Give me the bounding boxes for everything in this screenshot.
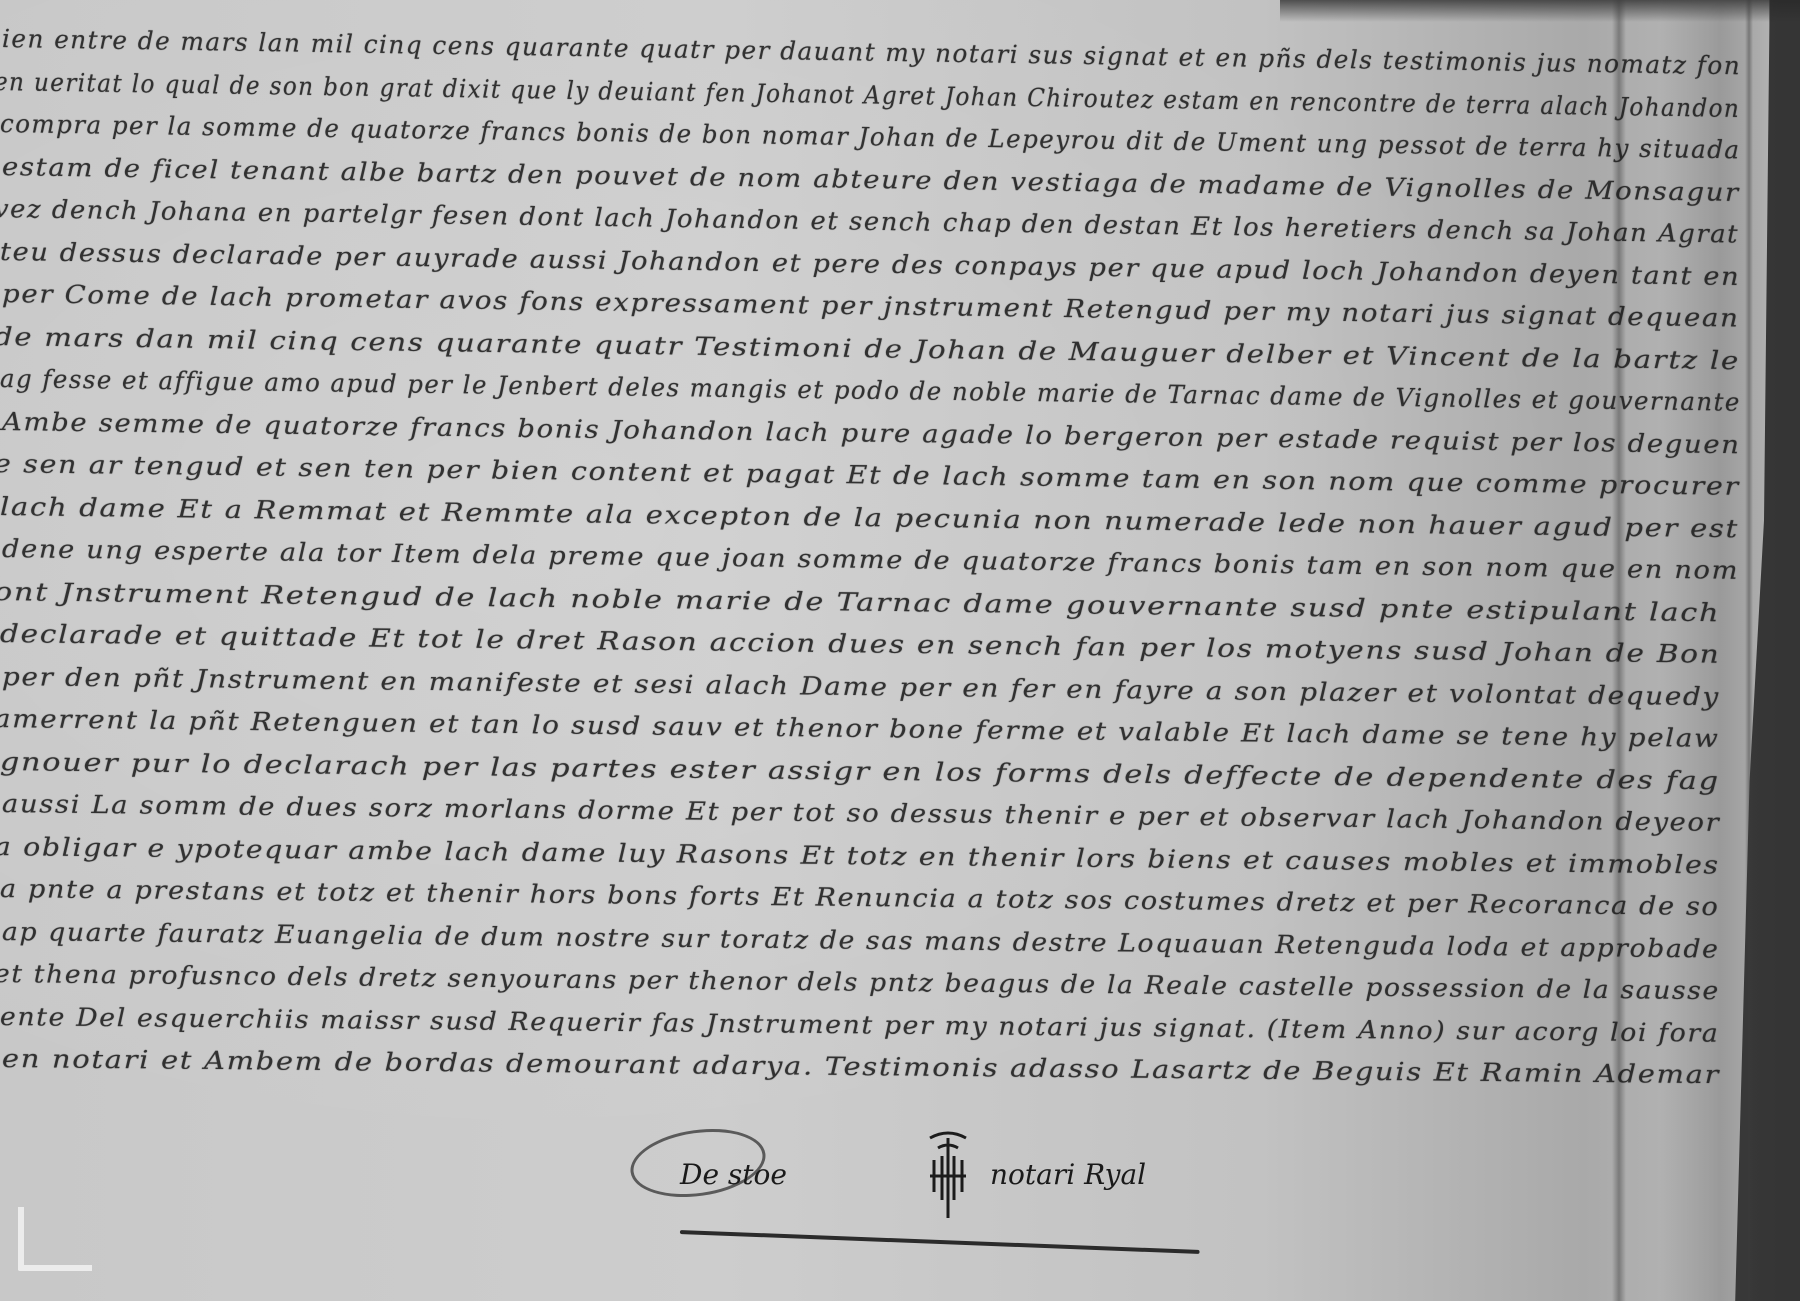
signature-right-text: notari Ryal <box>990 1158 1146 1191</box>
manuscript-line: e sen ar tengud et sen ten per bien cont… <box>0 449 1740 501</box>
manuscript-line: per den pñt Jnstrument en manifeste et s… <box>2 662 1720 711</box>
manuscript-line: a pnte a prestans et totz et thenir hors… <box>0 874 1720 921</box>
signature-left-text: De stoe <box>680 1158 787 1191</box>
manuscript-text: ien entre de mars lan mil cinq cens quar… <box>0 0 1800 1301</box>
manuscript-line: ag fesse et affigue amo apud per le Jenb… <box>0 364 1741 417</box>
manuscript-line: Ambe semme de quatorze francs bonis Joha… <box>2 407 1741 459</box>
manuscript-line: gnouer pur lo declarach per las partes e… <box>0 747 1720 795</box>
manuscript-line: a obligar e ypotequar ambe lach dame luy… <box>0 832 1720 880</box>
manuscript-line: ap quarte fauratz Euangelia de dum nostr… <box>2 917 1720 964</box>
manuscript-line: aussi La somm de dues sorz morlans dorme… <box>2 789 1721 837</box>
notary-signature: De stoe notari Ryal <box>620 1110 1180 1260</box>
manuscript-line: ente Del esquerchiis maissr susd Requeri… <box>0 1002 1720 1048</box>
manuscript-line: dene ung esperte ala tor Item dela preme… <box>2 534 1740 585</box>
manuscript-line: lach dame Et a Remmat et Remmte ala exce… <box>0 492 1739 543</box>
notarial-sign-mark-icon <box>920 1130 976 1220</box>
manuscript-line: amerrent la pñt Retenguen et tan lo susd… <box>0 704 1720 753</box>
corner-crop-mark-icon <box>18 1207 92 1271</box>
manuscript-line: en notari et Ambem de bordas demourant a… <box>2 1044 1720 1089</box>
manuscript-line: declarade et quittade Et tot le dret Ras… <box>0 619 1721 669</box>
manuscript-line: ont Jnstrument Retengud de lach noble ma… <box>0 577 1721 627</box>
signature-underline <box>680 1230 1200 1254</box>
manuscript-line: et thena profusnco dels dretz senyourans… <box>0 959 1720 1005</box>
